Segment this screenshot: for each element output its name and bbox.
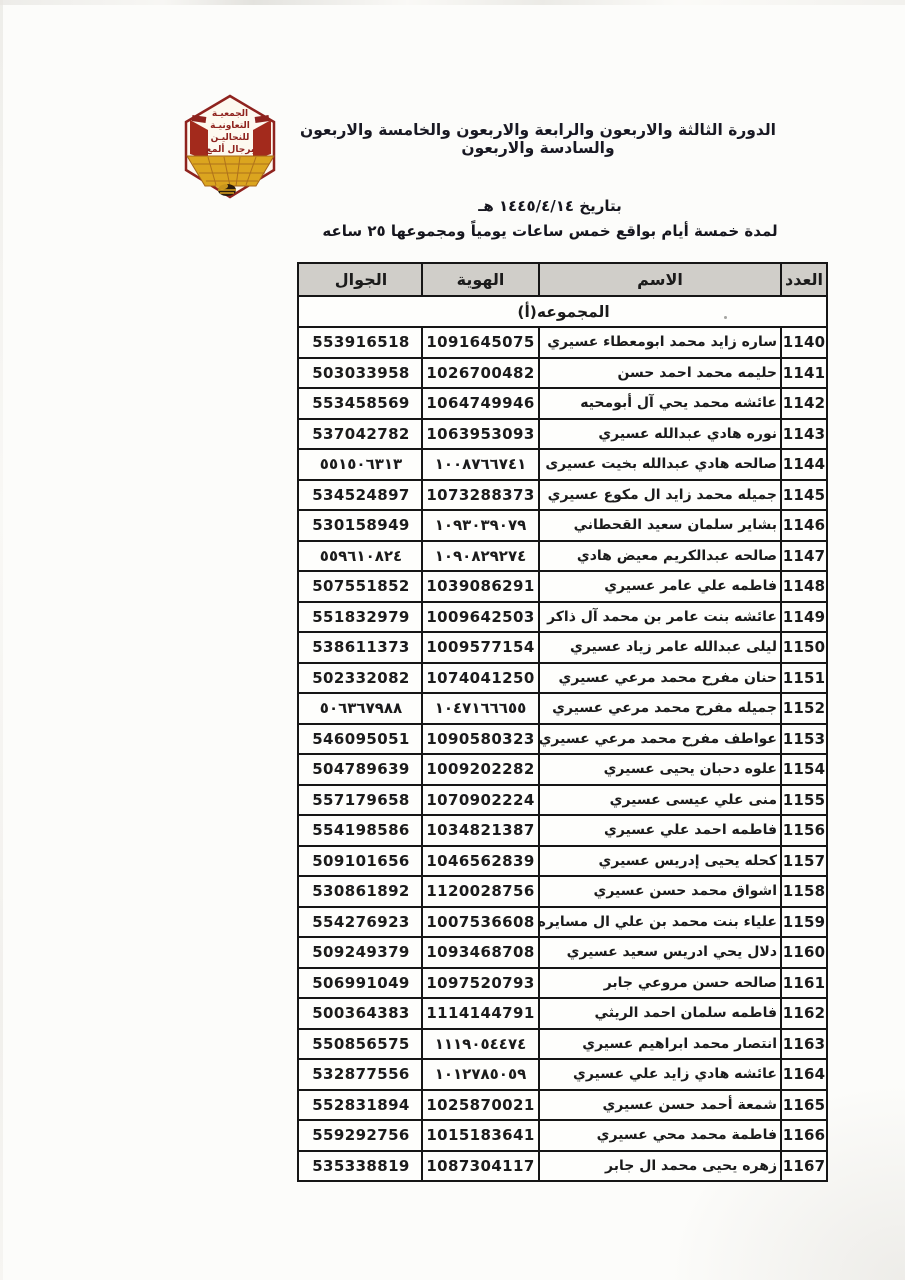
name-cell: فاطمه علي عامر عسيري — [538, 572, 780, 601]
table-row: 1153 عواطف مفرح محمد مرعي عسيري 10905803… — [299, 723, 826, 754]
column-header-name: الاسم — [538, 264, 780, 295]
table-row: 1148 فاطمه علي عامر عسيري 1039086291 507… — [299, 570, 826, 601]
table-row: 1160 دلال يحي ادريس سعيد عسيري 109346870… — [299, 936, 826, 967]
table-row: 1166 فاطمة محمد محي عسيري 1015183641 559… — [299, 1119, 826, 1150]
serial-cell: 1141 — [780, 359, 826, 388]
table-row: 1150 ليلى عبدالله عامر زياد عسيري 100957… — [299, 631, 826, 662]
serial-cell: 1155 — [780, 786, 826, 815]
serial-cell: 1142 — [780, 389, 826, 418]
mobile-cell: ٥٥٩٦١٠٨٢٤ — [301, 542, 421, 571]
id-cell: ١٠٩٣٠٣٩٠٧٩ — [421, 511, 538, 540]
association-logo: الجمعيـة التعاونيـة للنحاليـن برجال ألمع — [168, 94, 293, 206]
logo-text-line: للنحاليـن — [211, 133, 250, 143]
group-label: المجموعه(أ) — [301, 297, 826, 326]
table-row: 1165 شمعة أحمد حسن عسيري 1025870021 5528… — [299, 1089, 826, 1120]
id-cell: 1039086291 — [421, 572, 538, 601]
name-cell: عائشه بنت عامر بن محمد آل ذاكر — [538, 603, 780, 632]
name-cell: فاطمه سلمان احمد الريثي — [538, 999, 780, 1028]
name-cell: عواطف مفرح محمد مرعي عسيري — [538, 725, 780, 754]
name-cell: ليلى عبدالله عامر زياد عسيري — [538, 633, 780, 662]
id-cell: 1074041250 — [421, 664, 538, 693]
serial-cell: 1148 — [780, 572, 826, 601]
id-cell: 1091645075 — [421, 328, 538, 357]
serial-cell: 1161 — [780, 969, 826, 998]
logo-text-line: الجمعيـة — [212, 109, 248, 119]
course-title: الدورة الثالثة والاربعون والرابعة والارب… — [282, 121, 794, 157]
serial-cell: 1159 — [780, 908, 826, 937]
table-row: 1141 حليمه محمد احمد حسن 1026700482 5030… — [299, 357, 826, 388]
name-cell: صالحه حسن مروعي جابر — [538, 969, 780, 998]
id-cell: 1015183641 — [421, 1121, 538, 1150]
name-cell: فاطمة محمد محي عسيري — [538, 1121, 780, 1150]
name-cell: عائشه هادي زايد علي عسيري — [538, 1060, 780, 1089]
id-cell: 1097520793 — [421, 969, 538, 998]
serial-cell: 1151 — [780, 664, 826, 693]
id-cell: 1009577154 — [421, 633, 538, 662]
attendee-table: العدد الاسم الهوية الجوال المجموعه(أ) 11… — [297, 262, 828, 1182]
id-cell: 1046562839 — [421, 847, 538, 876]
id-cell: 1034821387 — [421, 816, 538, 845]
mobile-cell: 507551852 — [301, 572, 421, 601]
id-cell: 1120028756 — [421, 877, 538, 906]
mobile-cell: 530861892 — [301, 877, 421, 906]
id-cell: 1073288373 — [421, 481, 538, 510]
name-cell: صالحه هادي عبدالله بخيت عسيرى — [538, 450, 780, 479]
mobile-cell: 530158949 — [301, 511, 421, 540]
id-cell: 1114144791 — [421, 999, 538, 1028]
mobile-cell: 503033958 — [301, 359, 421, 388]
mobile-cell: ٥٠٦٣٦٧٩٨٨ — [301, 694, 421, 723]
scan-edge-artifact — [0, 0, 3, 1280]
serial-cell: 1167 — [780, 1152, 826, 1181]
mobile-cell: 506991049 — [301, 969, 421, 998]
mobile-cell: 532877556 — [301, 1060, 421, 1089]
name-cell: علياء بنت محمد بن علي ال مسايره — [538, 908, 780, 937]
serial-cell: 1166 — [780, 1121, 826, 1150]
logo-text-line: التعاونيـة — [210, 121, 250, 131]
serial-cell: 1160 — [780, 938, 826, 967]
id-cell: 1009202282 — [421, 755, 538, 784]
table-row: 1146 بشاير سلمان سعيد القحطاني ١٠٩٣٠٣٩٠٧… — [299, 509, 826, 540]
course-duration: لمدة خمسة أيام بواقع خمس ساعات يومياً وم… — [310, 219, 790, 244]
table-row: 1147 صالحه عبدالكريم معيض هادي ١٠٩٠٨٢٩٢٧… — [299, 540, 826, 571]
column-header-id: الهوية — [421, 264, 538, 295]
serial-cell: 1152 — [780, 694, 826, 723]
serial-cell: 1162 — [780, 999, 826, 1028]
table-header-row: العدد الاسم الهوية الجوال — [299, 264, 826, 295]
scanned-document-page: الجمعيـة التعاونيـة للنحاليـن برجال ألمع… — [0, 0, 905, 1280]
mobile-cell: 509249379 — [301, 938, 421, 967]
serial-cell: 1143 — [780, 420, 826, 449]
name-cell: بشاير سلمان سعيد القحطاني — [538, 511, 780, 540]
mobile-cell: 534524897 — [301, 481, 421, 510]
name-cell: دلال يحي ادريس سعيد عسيري — [538, 938, 780, 967]
mobile-cell: 553916518 — [301, 328, 421, 357]
name-cell: فاطمه احمد علي عسيري — [538, 816, 780, 845]
id-cell: 1070902224 — [421, 786, 538, 815]
table-row: 1149 عائشه بنت عامر بن محمد آل ذاكر 1009… — [299, 601, 826, 632]
table-row: 1157 كحله يحيى إدريس عسيري 1046562839 50… — [299, 845, 826, 876]
id-cell: ١٠٩٠٨٢٩٢٧٤ — [421, 542, 538, 571]
serial-cell: 1146 — [780, 511, 826, 540]
name-cell: حليمه محمد احمد حسن — [538, 359, 780, 388]
group-row: المجموعه(أ) — [299, 295, 826, 326]
id-cell: 1064749946 — [421, 389, 538, 418]
beekeepers-association-emblem-icon: الجمعيـة التعاونيـة للنحاليـن برجال ألمع — [168, 94, 293, 206]
id-cell: 1009642503 — [421, 603, 538, 632]
serial-cell: 1150 — [780, 633, 826, 662]
mobile-cell: 504789639 — [301, 755, 421, 784]
table-row: 1156 فاطمه احمد علي عسيري 1034821387 554… — [299, 814, 826, 845]
table-row: 1164 عائشه هادي زايد علي عسيري ١٠١٢٧٨٥٠٥… — [299, 1058, 826, 1089]
mobile-cell: 553458569 — [301, 389, 421, 418]
date-block: بتاريخ ١٤٤٥/٤/١٤ هـ لمدة خمسة أيام بواقع… — [310, 194, 790, 244]
mobile-cell: 537042782 — [301, 420, 421, 449]
name-cell: حنان مفرح محمد مرعي عسيري — [538, 664, 780, 693]
name-cell: اشواق محمد حسن عسيري — [538, 877, 780, 906]
serial-cell: 1149 — [780, 603, 826, 632]
logo-text-line: برجال ألمع — [206, 143, 254, 155]
serial-cell: 1165 — [780, 1091, 826, 1120]
mobile-cell: 500364383 — [301, 999, 421, 1028]
table-row: 1151 حنان مفرح محمد مرعي عسيري 107404125… — [299, 662, 826, 693]
table-row: 1152 جميله مفرح محمد مرعي عسيري ١٠٤٧١٦٦٦… — [299, 692, 826, 723]
scan-speck-artifact — [724, 316, 727, 319]
name-cell: كحله يحيى إدريس عسيري — [538, 847, 780, 876]
mobile-cell: ٥٥١٥٠٦٣١٣ — [301, 450, 421, 479]
table-row: 1154 علوه دحبان يحيى عسيري 1009202282 50… — [299, 753, 826, 784]
name-cell: عائشه محمد يحي آل أبومحيه — [538, 389, 780, 418]
mobile-cell: 559292756 — [301, 1121, 421, 1150]
course-date: بتاريخ ١٤٤٥/٤/١٤ هـ — [310, 194, 790, 219]
mobile-cell: 554198586 — [301, 816, 421, 845]
table-row: 1163 انتصار محمد ابراهيم عسيري ١١١٩٠٥٤٤٧… — [299, 1028, 826, 1059]
mobile-cell: 535338819 — [301, 1152, 421, 1181]
serial-cell: 1157 — [780, 847, 826, 876]
serial-cell: 1144 — [780, 450, 826, 479]
table-row: 1144 صالحه هادي عبدالله بخيت عسيرى ١٠٠٨٧… — [299, 448, 826, 479]
mobile-cell: 551832979 — [301, 603, 421, 632]
mobile-cell: 502332082 — [301, 664, 421, 693]
serial-cell: 1145 — [780, 481, 826, 510]
serial-cell: 1163 — [780, 1030, 826, 1059]
mobile-cell: 552831894 — [301, 1091, 421, 1120]
id-cell: 1090580323 — [421, 725, 538, 754]
table-row: 1142 عائشه محمد يحي آل أبومحيه 106474994… — [299, 387, 826, 418]
table-row: 1159 علياء بنت محمد بن علي ال مسايره 100… — [299, 906, 826, 937]
id-cell: 1007536608 — [421, 908, 538, 937]
serial-cell: 1158 — [780, 877, 826, 906]
id-cell: ١٠١٢٧٨٥٠٥٩ — [421, 1060, 538, 1089]
id-cell: 1063953093 — [421, 420, 538, 449]
name-cell: منى علي عيسى عسيري — [538, 786, 780, 815]
id-cell: 1093468708 — [421, 938, 538, 967]
name-cell: جميله محمد زايد ال مكوع عسيري — [538, 481, 780, 510]
serial-cell: 1140 — [780, 328, 826, 357]
mobile-cell: 538611373 — [301, 633, 421, 662]
serial-cell: 1156 — [780, 816, 826, 845]
column-header-mobile: الجوال — [301, 264, 421, 295]
serial-cell: 1164 — [780, 1060, 826, 1089]
name-cell: شمعة أحمد حسن عسيري — [538, 1091, 780, 1120]
column-header-serial: العدد — [780, 264, 826, 295]
name-cell: جميله مفرح محمد مرعي عسيري — [538, 694, 780, 723]
mobile-cell: 550856575 — [301, 1030, 421, 1059]
table-row: 1167 زهره يحيى محمد ال جابر 1087304117 5… — [299, 1150, 826, 1181]
name-cell: زهره يحيى محمد ال جابر — [538, 1152, 780, 1181]
table-row: 1155 منى علي عيسى عسيري 1070902224 55717… — [299, 784, 826, 815]
table-row: 1145 جميله محمد زايد ال مكوع عسيري 10732… — [299, 479, 826, 510]
table-row: 1143 نوره هادي عبدالله عسيري 1063953093 … — [299, 418, 826, 449]
id-cell: ١٠٤٧١٦٦٦٥٥ — [421, 694, 538, 723]
name-cell: علوه دحبان يحيى عسيري — [538, 755, 780, 784]
table-row: 1161 صالحه حسن مروعي جابر 1097520793 506… — [299, 967, 826, 998]
table-body: 1140 ساره زايد محمد ابومعطاء عسيري 10916… — [299, 326, 826, 1180]
name-cell: انتصار محمد ابراهيم عسيري — [538, 1030, 780, 1059]
mobile-cell: 546095051 — [301, 725, 421, 754]
serial-cell: 1154 — [780, 755, 826, 784]
serial-cell: 1153 — [780, 725, 826, 754]
table-row: 1162 فاطمه سلمان احمد الريثي 1114144791 … — [299, 997, 826, 1028]
mobile-cell: 509101656 — [301, 847, 421, 876]
name-cell: ساره زايد محمد ابومعطاء عسيري — [538, 328, 780, 357]
id-cell: ١٠٠٨٧٦٦٧٤١ — [421, 450, 538, 479]
name-cell: صالحه عبدالكريم معيض هادي — [538, 542, 780, 571]
id-cell: 1025870021 — [421, 1091, 538, 1120]
serial-cell: 1147 — [780, 542, 826, 571]
table-row: 1140 ساره زايد محمد ابومعطاء عسيري 10916… — [299, 326, 826, 357]
id-cell: 1087304117 — [421, 1152, 538, 1181]
scan-edge-artifact — [0, 0, 905, 5]
mobile-cell: 557179658 — [301, 786, 421, 815]
id-cell: ١١١٩٠٥٤٤٧٤ — [421, 1030, 538, 1059]
id-cell: 1026700482 — [421, 359, 538, 388]
table-row: 1158 اشواق محمد حسن عسيري 1120028756 530… — [299, 875, 826, 906]
mobile-cell: 554276923 — [301, 908, 421, 937]
name-cell: نوره هادي عبدالله عسيري — [538, 420, 780, 449]
